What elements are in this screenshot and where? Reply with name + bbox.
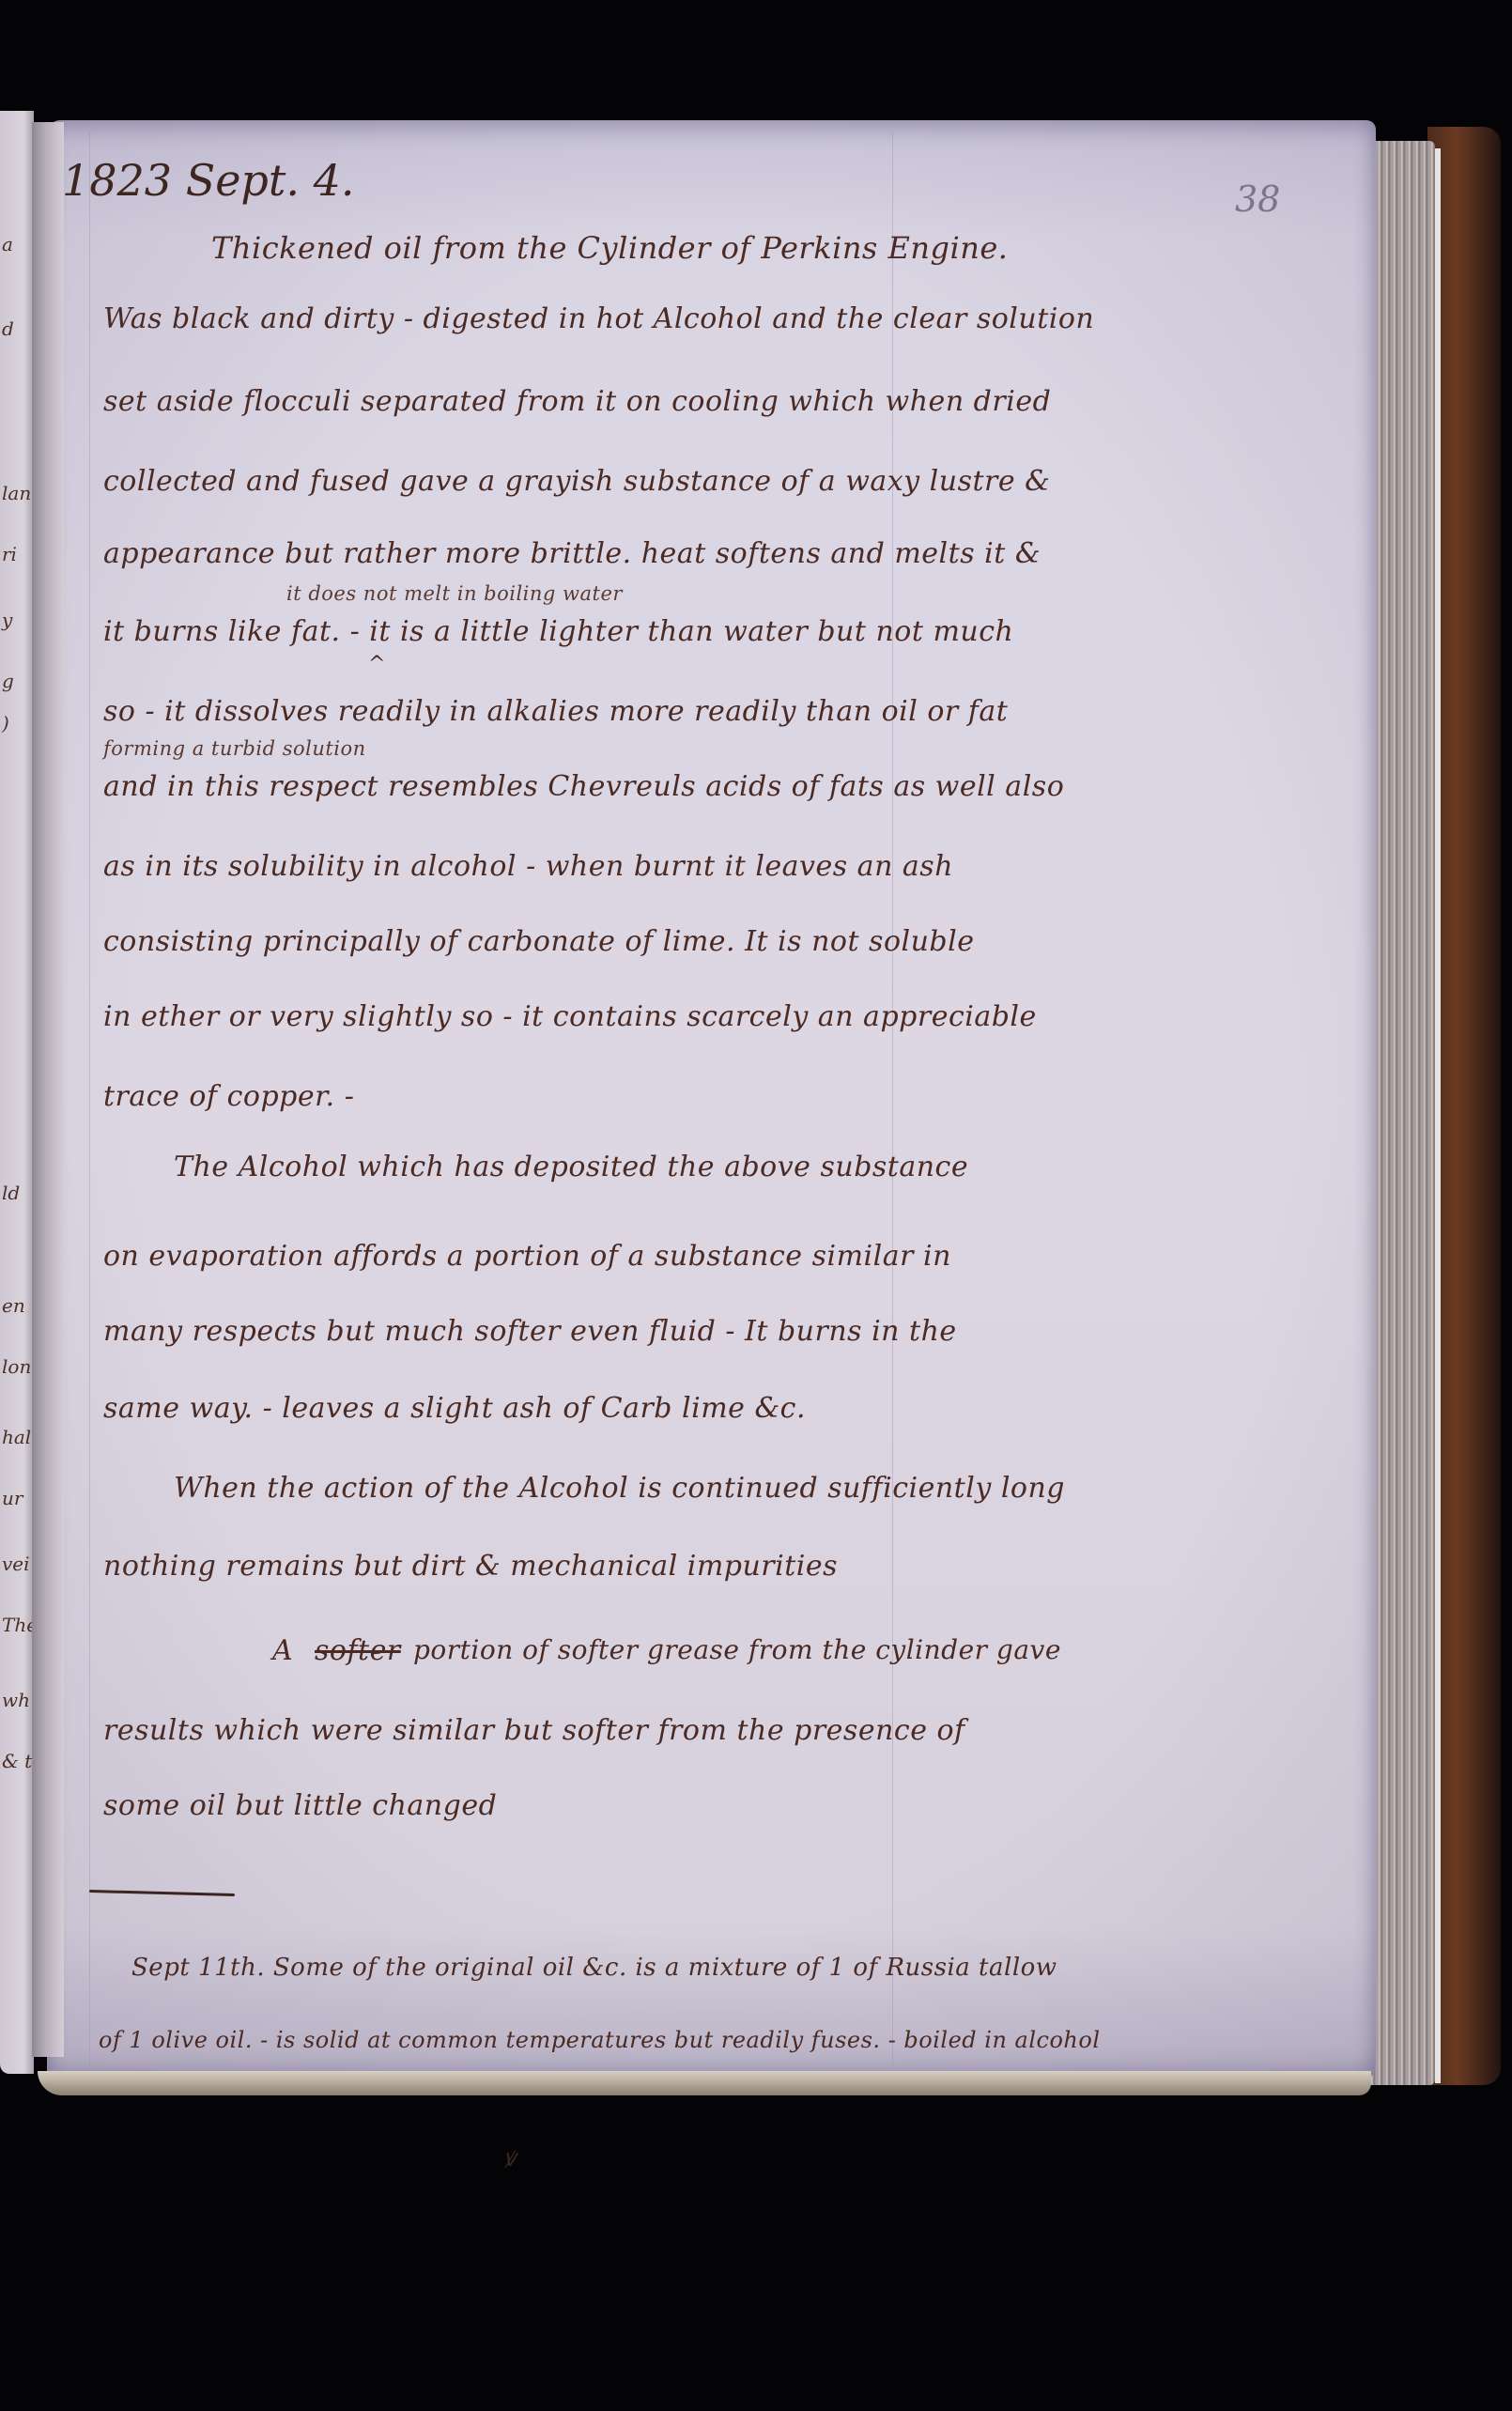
text-line: as in its solubility in alcohol - when b… (103, 850, 953, 883)
text-line: The Alcohol which has deposited the abov… (174, 1151, 968, 1183)
text-line: appearance but rather more brittle. heat… (103, 537, 1041, 570)
left-fragment: lon (2, 1355, 31, 1378)
page-block-edges (1369, 141, 1435, 2085)
text-line: consisting principally of carbonate of l… (103, 925, 974, 958)
text-line: on evaporation affords a portion of a su… (103, 1240, 951, 1273)
text-line: portion of softer grease from the cylind… (413, 1634, 1061, 1665)
page-bottom-edge (38, 2071, 1371, 2095)
left-fragment: wh (2, 1689, 30, 1711)
bottom-ink-mark: ꝟ (503, 2140, 516, 2173)
text-line: of 1 olive oil. - is solid at common tem… (99, 2027, 1101, 2053)
text-line: collected and fused gave a grayish subst… (103, 465, 1050, 498)
left-fragment: ri (2, 543, 17, 565)
date-heading: 1823 Sept. 4. (62, 155, 355, 206)
left-fragment: ld (2, 1182, 20, 1204)
text-line: so - it dissolves readily in alkalies mo… (103, 695, 1008, 728)
left-fragment: a (2, 233, 13, 255)
text-line: it burns like fat. - it is a little ligh… (103, 615, 1013, 648)
entry-title: Thickened oil from the Cylinder of Perki… (211, 230, 1008, 266)
text-line: results which were similar but softer fr… (103, 1714, 965, 1747)
text-line: trace of copper. - (103, 1080, 354, 1113)
interlinear-insertion: forming a turbid solution (103, 737, 366, 760)
left-fragment: vei (2, 1553, 30, 1575)
fold-crease (892, 131, 893, 2066)
gutter-shadow (32, 122, 64, 2057)
text-line: set aside flocculi separated from it on … (103, 385, 1051, 418)
left-fragment: & t (2, 1750, 32, 1772)
text-line: same way. - leaves a slight ash of Carb … (103, 1392, 806, 1425)
page-number: 38 (1235, 178, 1280, 220)
text-line: some oil but little changed (103, 1789, 497, 1822)
margin-rule (89, 131, 90, 2066)
page-block-highlight (1435, 148, 1441, 2083)
text-line: When the action of the Alcohol is contin… (174, 1472, 1065, 1505)
left-fragment: d (2, 317, 14, 340)
left-fragment: hal (2, 1426, 31, 1448)
text-line: Was black and dirty - digested in hot Al… (103, 302, 1094, 335)
left-fragment: y (2, 609, 12, 631)
text-line: many respects but much softer even fluid… (103, 1315, 957, 1348)
text-line: and in this respect resembles Chevreuls … (103, 770, 1064, 803)
text-line: nothing remains but dirt & mechanical im… (103, 1550, 838, 1583)
left-fragment: ) (2, 712, 9, 734)
left-fragment: en (2, 1294, 25, 1317)
left-fragment: ur (2, 1487, 23, 1509)
text-line: in ether or very slightly so - it contai… (103, 1000, 1037, 1033)
left-fragment: g (2, 670, 14, 692)
previous-page-sliver: a d lan. ri y g ) ld en lon hal ur vei T… (0, 111, 34, 2074)
text-line: Sept 11th. Some of the original oil &c. … (131, 1954, 1057, 1982)
text-line-start: A (272, 1634, 293, 1667)
insertion-caret: ^ (368, 653, 385, 676)
struck-word: softer (315, 1634, 401, 1667)
interlinear-insertion: it does not melt in boiling water (286, 582, 623, 605)
